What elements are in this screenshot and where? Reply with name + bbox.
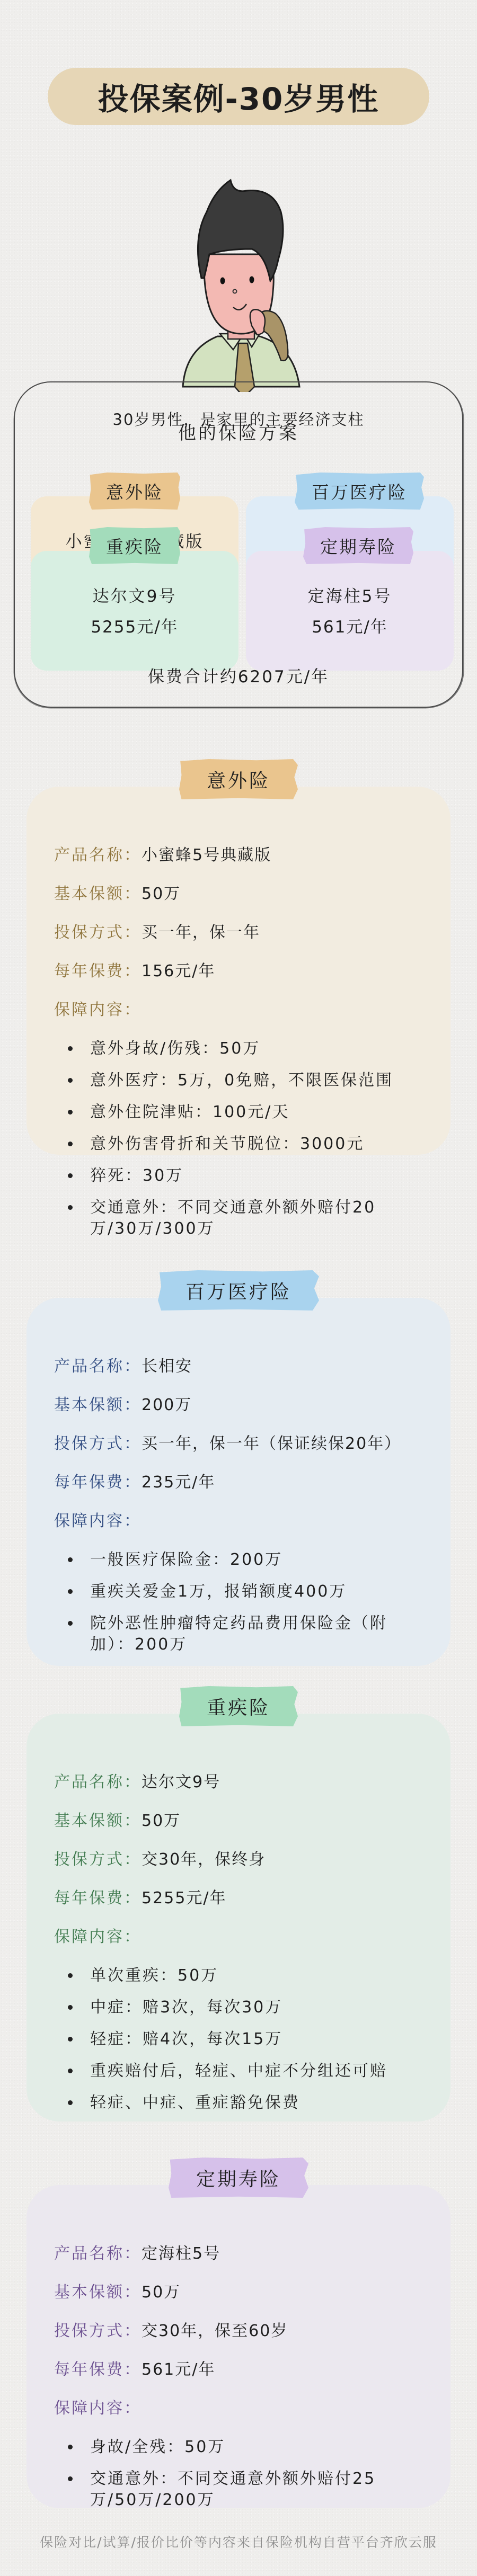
coverage-item: 轻症：赔4次，每次15万 (90, 2029, 423, 2050)
field-product-name: 产品名称：长相安 (54, 1356, 423, 1377)
coverage-item: 重疾关爱金1万，报销额度400万 (90, 1581, 423, 1602)
coverage-item: 一般医疗保险金：200万 (90, 1549, 423, 1571)
field-method: 投保方式：买一年，保一年 (54, 922, 423, 943)
coverage-item: 单次重疾：50万 (90, 1965, 423, 1986)
plan-product: 定海柱5号 (246, 583, 454, 607)
field-coverage-label: 保障内容： (54, 2398, 423, 2419)
field-product-name: 产品名称：达尔文9号 (54, 1772, 423, 1793)
coverage-item: 交通意外：不同交通意外额外赔付20万/30万/300万 (90, 1197, 423, 1240)
field-coverage-label: 保障内容： (54, 1000, 423, 1021)
summary-heading: 他的保险方案 (15, 418, 462, 444)
insurance-plan-summary: 他的保险方案 意外险 小蜜蜂5号典藏版 156元/年 百万医疗险 长相安 235… (14, 381, 463, 708)
field-method: 投保方式：交30年，保至60岁 (54, 2321, 423, 2342)
plan-tag-critical-illness: 重疾险 (89, 527, 180, 564)
plan-tag-term-life: 定期寿险 (303, 527, 413, 564)
field-premium: 每年保费：5255元/年 (54, 1888, 423, 1909)
coverage-item: 重疾赔付后，轻症、中症不分组还可赔 (90, 2061, 423, 2082)
coverage-item: 意外身故/伤残：50万 (90, 1038, 423, 1059)
field-product-name: 产品名称：定海柱5号 (54, 2243, 423, 2265)
card-tag-term-life: 定期寿险 (169, 2158, 308, 2198)
field-method: 投保方式：买一年，保一年（保证续保20年） (54, 1433, 423, 1455)
coverage-item: 院外恶性肿瘤特定药品费用保险金（附加）：200万 (90, 1613, 423, 1655)
coverage-item: 身故/全残：50万 (90, 2437, 423, 2458)
field-premium: 每年保费：156元/年 (54, 961, 423, 982)
page-title-banner: 投保案例-30岁男性 (48, 68, 429, 125)
field-sum-insured: 基本保额：200万 (54, 1395, 423, 1416)
coverage-list: 一般医疗保险金：200万 重疾关爱金1万，报销额度400万 院外恶性肿瘤特定药品… (54, 1549, 423, 1655)
man-avatar-illustration (167, 175, 310, 392)
field-method: 投保方式：交30年，保终身 (54, 1849, 423, 1870)
plan-tile-critical-illness: 重疾险 达尔文9号 5255元/年 (31, 551, 238, 671)
plan-tag-medical: 百万医疗险 (295, 473, 424, 510)
field-sum-insured: 基本保额：50万 (54, 2282, 423, 2303)
field-coverage-label: 保障内容： (54, 1927, 423, 1948)
plan-product: 达尔文9号 (31, 583, 238, 607)
coverage-item: 意外住院津贴：100元/天 (90, 1102, 423, 1123)
card-critical-illness-insurance: 重疾险 产品名称：达尔文9号 基本保额：50万 投保方式：交30年，保终身 每年… (26, 1714, 450, 2122)
card-accident-insurance: 意外险 产品名称：小蜜蜂5号典藏版 基本保额：50万 投保方式：买一年，保一年 … (26, 787, 450, 1155)
coverage-item: 轻症、中症、重症豁免保费 (90, 2092, 423, 2114)
coverage-list: 意外身故/伤残：50万 意外医疗：5万，0免赔，不限医保范围 意外住院津贴：10… (54, 1038, 423, 1240)
card-tag-critical-illness: 重疾险 (179, 1686, 298, 1726)
card-tag-medical: 百万医疗险 (158, 1270, 319, 1311)
plan-price: 561元/年 (246, 613, 454, 637)
field-sum-insured: 基本保额：50万 (54, 884, 423, 905)
plan-tag-accident: 意外险 (89, 473, 180, 510)
coverage-item: 中症：赔3次，每次30万 (90, 1997, 423, 2018)
coverage-list: 单次重疾：50万 中症：赔3次，每次30万 轻症：赔4次，每次15万 重疾赔付后… (54, 1965, 423, 2114)
premium-total: 保费合计约6207元/年 (15, 663, 462, 687)
coverage-item: 交通意外：不同交通意外额外赔付25万/50万/200万 (90, 2468, 423, 2511)
source-disclaimer: 保险对比/试算/报价比价等内容来自保险机构自营平台齐欣云服 (0, 2532, 477, 2551)
field-sum-insured: 基本保额：50万 (54, 1811, 423, 1832)
plan-tile-term-life: 定期寿险 定海柱5号 561元/年 (246, 551, 454, 671)
page-title: 投保案例-30岁男性 (98, 74, 379, 119)
field-coverage-label: 保障内容： (54, 1511, 423, 1532)
plan-price: 5255元/年 (31, 613, 238, 637)
card-medical-insurance: 百万医疗险 产品名称：长相安 基本保额：200万 投保方式：买一年，保一年（保证… (26, 1298, 450, 1666)
coverage-list: 身故/全残：50万 交通意外：不同交通意外额外赔付25万/50万/200万 (54, 2437, 423, 2511)
field-product-name: 产品名称：小蜜蜂5号典藏版 (54, 845, 423, 866)
card-term-life-insurance: 定期寿险 产品名称：定海柱5号 基本保额：50万 投保方式：交30年，保至60岁… (26, 2185, 450, 2508)
coverage-item: 意外医疗：5万，0免赔，不限医保范围 (90, 1070, 423, 1091)
coverage-item: 意外伤害骨折和关节脱位：3000元 (90, 1134, 423, 1155)
card-tag-accident: 意外险 (179, 759, 298, 799)
field-premium: 每年保费：235元/年 (54, 1472, 423, 1493)
field-premium: 每年保费：561元/年 (54, 2359, 423, 2381)
coverage-item: 猝死：30万 (90, 1165, 423, 1187)
